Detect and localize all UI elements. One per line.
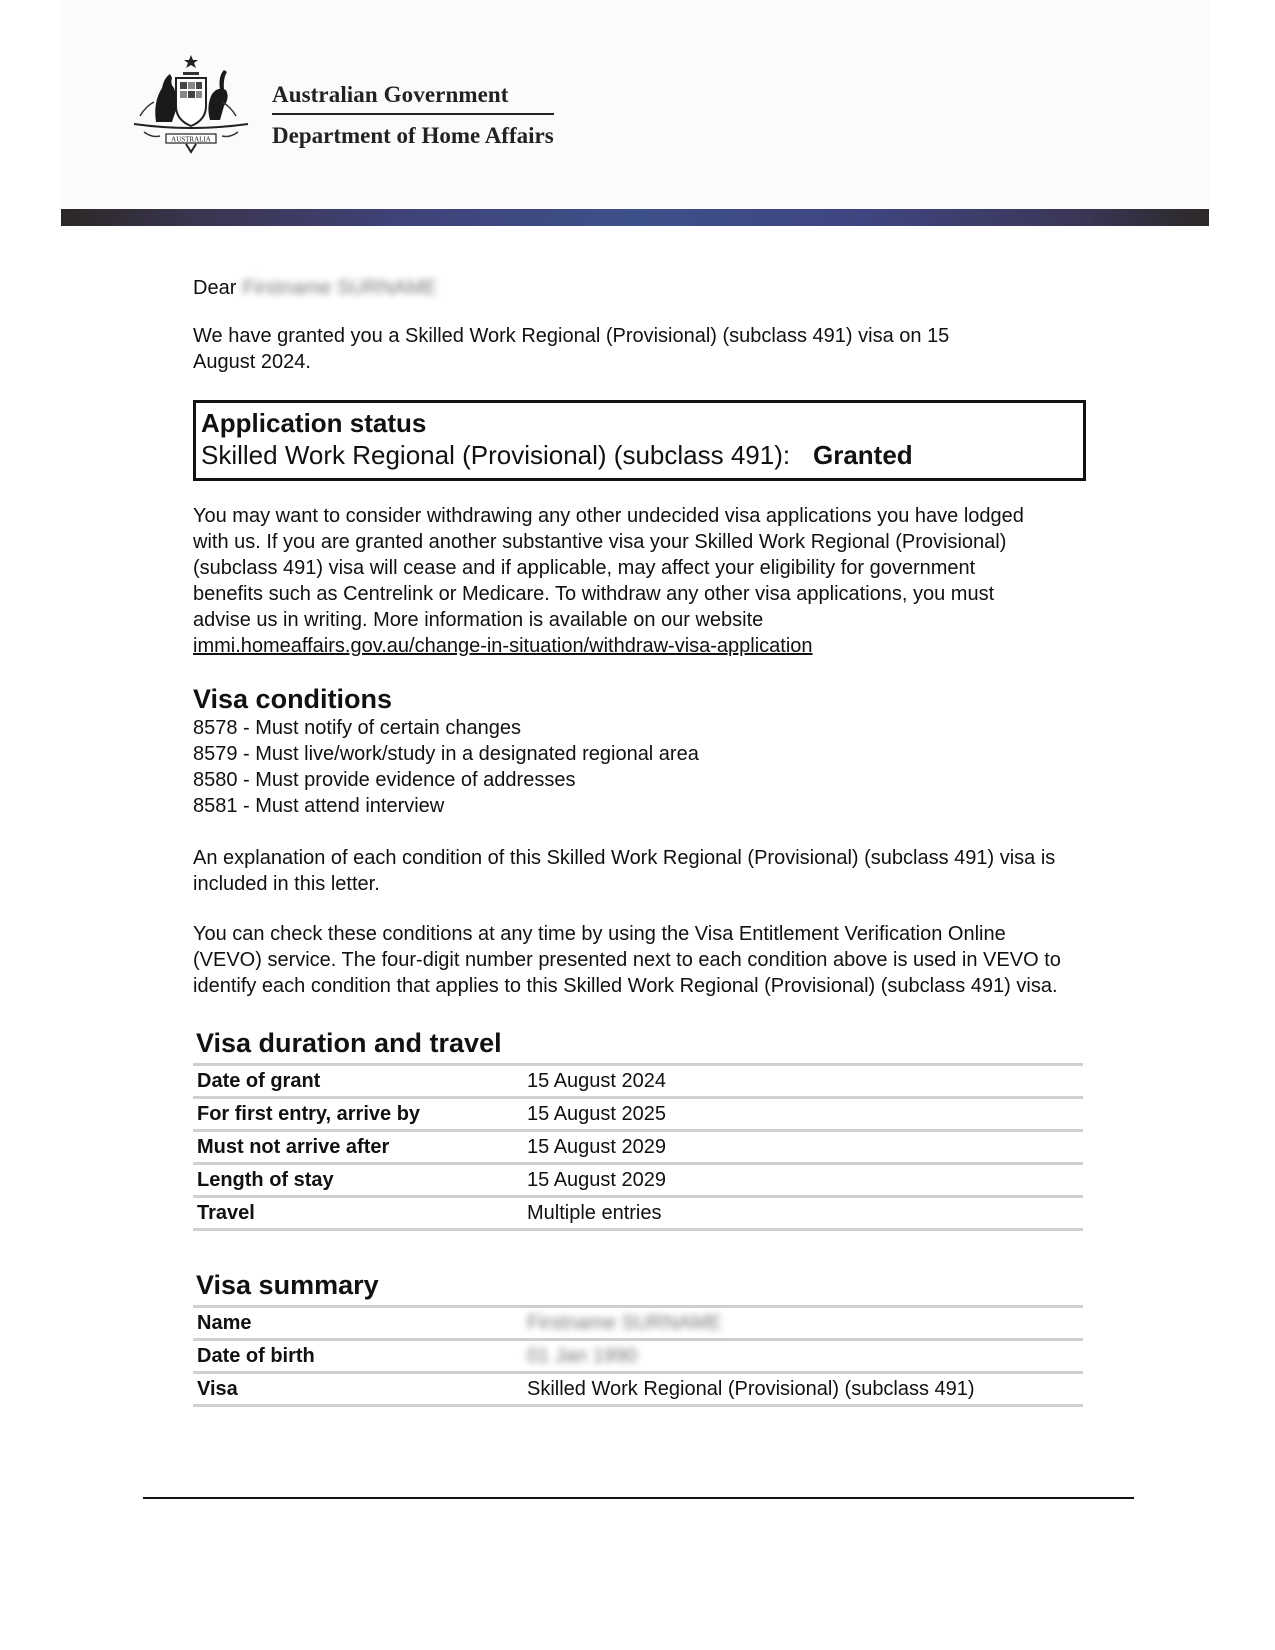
table-row: Date of grant15 August 2024 <box>193 1065 1083 1098</box>
salutation: Dear Firstname SURNAME <box>193 275 1083 301</box>
visa-duration-section: Visa duration and travel Date of grant15… <box>196 1027 1083 1231</box>
visa-conditions: Visa conditions 8578 - Must notify of ce… <box>193 683 1083 819</box>
footer-divider <box>143 1497 1134 1499</box>
row-value: 15 August 2024 <box>523 1065 1083 1098</box>
withdraw-application-link[interactable]: immi.homeaffairs.gov.au/change-in-situat… <box>193 635 813 657</box>
row-value: Skilled Work Regional (Provisional) (sub… <box>523 1373 1083 1406</box>
row-label: Date of birth <box>193 1340 523 1373</box>
withdraw-notice: You may want to consider withdrawing any… <box>193 503 1043 659</box>
visa-summary-title: Visa summary <box>196 1269 1083 1301</box>
condition-item: 8578 - Must notify of certain changes <box>193 715 1083 741</box>
withdraw-notice-text: You may want to consider withdrawing any… <box>193 505 1024 631</box>
table-row: Length of stay15 August 2029 <box>193 1164 1083 1197</box>
row-label: Travel <box>193 1197 523 1230</box>
table-row: Date of birth01 Jan 1990 <box>193 1340 1083 1373</box>
coat-of-arms-icon: AUSTRALIA <box>126 52 256 154</box>
table-row: VisaSkilled Work Regional (Provisional) … <box>193 1373 1083 1406</box>
table-row: For first entry, arrive by15 August 2025 <box>193 1098 1083 1131</box>
row-value: Multiple entries <box>523 1197 1083 1230</box>
vevo-notice: You can check these conditions at any ti… <box>193 921 1073 999</box>
department-name: Department of Home Affairs <box>272 115 554 149</box>
visa-duration-table: Date of grant15 August 2024 For first en… <box>193 1063 1083 1231</box>
table-row: Must not arrive after15 August 2029 <box>193 1131 1083 1164</box>
condition-item: 8580 - Must provide evidence of addresse… <box>193 767 1083 793</box>
row-value-redacted: Firstname SURNAME <box>523 1307 1083 1340</box>
row-label: Length of stay <box>193 1164 523 1197</box>
row-value: 15 August 2025 <box>523 1098 1083 1131</box>
condition-item: 8581 - Must attend interview <box>193 793 1083 819</box>
row-label: For first entry, arrive by <box>193 1098 523 1131</box>
row-label: Name <box>193 1307 523 1340</box>
condition-item: 8579 - Must live/work/study in a designa… <box>193 741 1083 767</box>
status-badge: Granted <box>813 439 913 472</box>
application-status-box: Application status Skilled Work Regional… <box>193 400 1086 481</box>
row-value: 15 August 2029 <box>523 1131 1083 1164</box>
row-value-redacted: 01 Jan 1990 <box>523 1340 1083 1373</box>
visa-summary-table: NameFirstname SURNAME Date of birth01 Ja… <box>193 1305 1083 1407</box>
salutation-text: Dear <box>193 275 236 301</box>
letter-body: Dear Firstname SURNAME We have granted y… <box>193 275 1083 1407</box>
application-status-visa: Skilled Work Regional (Provisional) (sub… <box>201 439 813 472</box>
dob-redacted: 01 Jan 1990 <box>527 1343 637 1369</box>
row-label: Must not arrive after <box>193 1131 523 1164</box>
application-status-title: Application status <box>201 407 1078 439</box>
conditions-explanation: An explanation of each condition of this… <box>193 845 1073 897</box>
grant-statement: We have granted you a Skilled Work Regio… <box>193 323 1013 375</box>
government-name: Australian Government <box>272 82 554 115</box>
header-divider-bar <box>61 209 1209 226</box>
letterhead: AUSTRALIA Australian Government Departme… <box>60 0 1210 210</box>
row-value: 15 August 2029 <box>523 1164 1083 1197</box>
table-row: NameFirstname SURNAME <box>193 1307 1083 1340</box>
row-label: Visa <box>193 1373 523 1406</box>
visa-summary-section: Visa summary NameFirstname SURNAME Date … <box>196 1269 1083 1407</box>
name-redacted: Firstname SURNAME <box>527 1310 721 1336</box>
visa-duration-title: Visa duration and travel <box>196 1027 1083 1059</box>
recipient-name-redacted: Firstname SURNAME <box>242 275 436 301</box>
svg-text:AUSTRALIA: AUSTRALIA <box>171 136 211 144</box>
visa-conditions-title: Visa conditions <box>193 683 1083 715</box>
row-label: Date of grant <box>193 1065 523 1098</box>
table-row: TravelMultiple entries <box>193 1197 1083 1230</box>
